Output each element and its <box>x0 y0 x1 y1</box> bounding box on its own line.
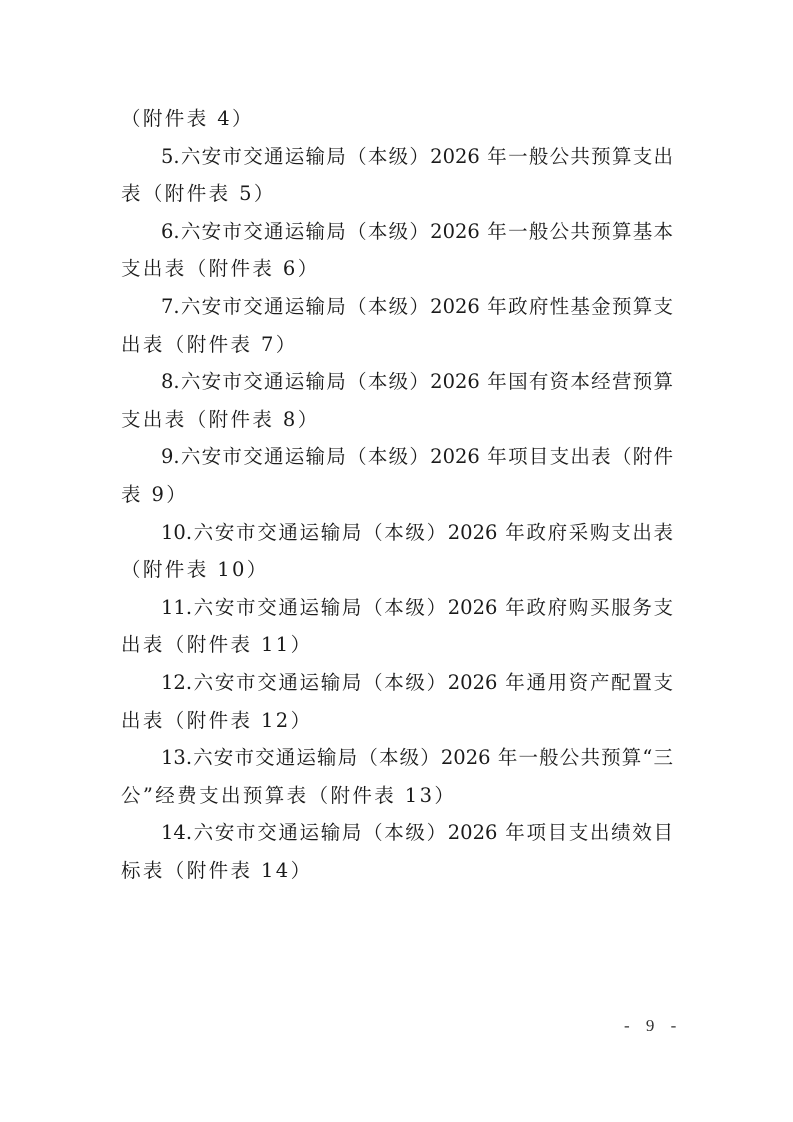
text-line: 13.六安市交通运输局（本级）2026 年一般公共预算“三 <box>121 739 673 777</box>
text-line: 出表（附件表 11） <box>121 626 673 664</box>
text-line: 12.六安市交通运输局（本级）2026 年通用资产配置支 <box>121 664 673 702</box>
text-line: 出表（附件表 7） <box>121 326 673 364</box>
text-line: 7.六安市交通运输局（本级）2026 年政府性基金预算支 <box>121 288 673 326</box>
document-body: （附件表 4） 5.六安市交通运输局（本级）2026 年一般公共预算支出 表（附… <box>121 100 673 889</box>
text-line: 5.六安市交通运输局（本级）2026 年一般公共预算支出 <box>121 138 673 176</box>
text-line: 表（附件表 5） <box>121 175 673 213</box>
text-line: 9.六安市交通运输局（本级）2026 年项目支出表（附件 <box>121 438 673 476</box>
text-line: 10.六安市交通运输局（本级）2026 年政府采购支出表 <box>121 514 673 552</box>
text-line: 表 9） <box>121 476 673 514</box>
text-line: 支出表（附件表 8） <box>121 401 673 439</box>
page-number: - 9 - <box>624 1016 682 1036</box>
text-line: 标表（附件表 14） <box>121 852 673 890</box>
text-line: 6.六安市交通运输局（本级）2026 年一般公共预算基本 <box>121 213 673 251</box>
text-line: 公”经费支出预算表（附件表 13） <box>121 777 673 815</box>
text-line: （附件表 10） <box>121 551 673 589</box>
text-line: （附件表 4） <box>121 100 673 138</box>
text-line: 出表（附件表 12） <box>121 702 673 740</box>
text-line: 支出表（附件表 6） <box>121 250 673 288</box>
text-line: 14.六安市交通运输局（本级）2026 年项目支出绩效目 <box>121 814 673 852</box>
text-line: 11.六安市交通运输局（本级）2026 年政府购买服务支 <box>121 589 673 627</box>
text-line: 8.六安市交通运输局（本级）2026 年国有资本经营预算 <box>121 363 673 401</box>
